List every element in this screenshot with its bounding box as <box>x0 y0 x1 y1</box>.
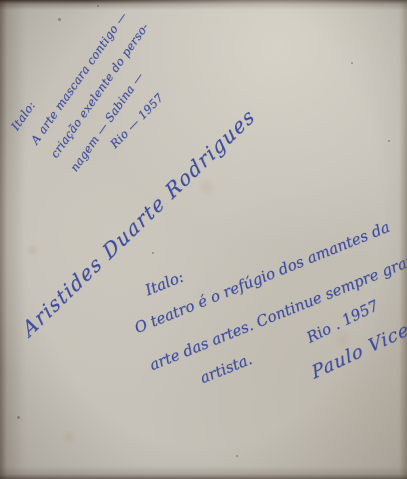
paper-speckle <box>236 455 238 457</box>
paper-stain <box>196 178 218 196</box>
dedication-top-left: Italo: A arte mascara contigo — criação … <box>4 0 195 191</box>
paper-speckle <box>58 18 61 21</box>
paper-speckle <box>388 140 390 142</box>
paper-speckle <box>351 62 353 64</box>
paper-speckle <box>17 416 20 419</box>
scanned-page: Italo: A arte mascara contigo — criação … <box>0 0 407 479</box>
paper-stain <box>24 244 40 256</box>
paper-stain <box>60 430 78 444</box>
paper-speckle <box>152 252 154 254</box>
